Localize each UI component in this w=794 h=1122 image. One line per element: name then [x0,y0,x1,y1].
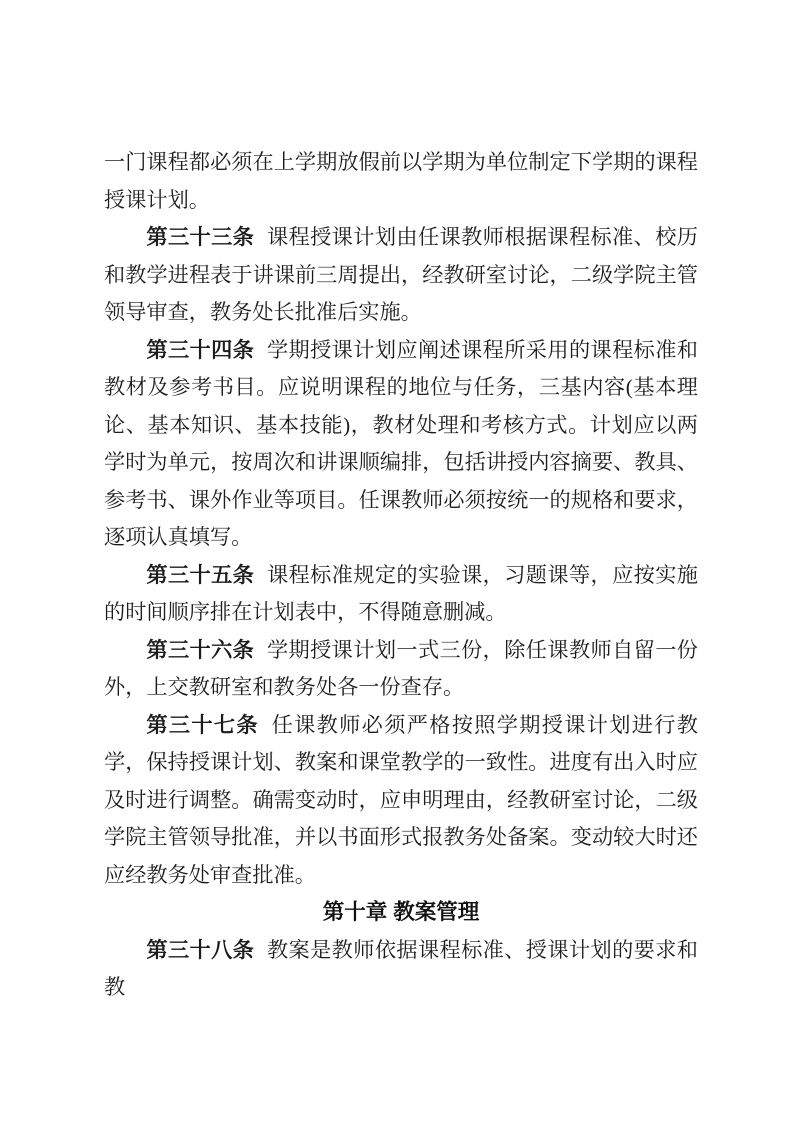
article-number: 第三十七条 [146,713,259,737]
paragraph-article-33: 第三十三条课程授课计划由任课教师根据课程标准、校历和教学进程表于讲课前三周提出，… [104,219,698,332]
paragraph-article-38: 第三十八条教案是教师依据课程标准、授课计划的要求和教 [104,932,698,1007]
article-number: 第三十五条 [146,563,254,587]
article-number: 第三十四条 [146,338,254,362]
document-page: 一门课程都必须在上学期放假前以学期为单位制定下学期的课程授课计划。 第三十三条课… [0,0,794,1122]
article-number: 第三十六条 [146,638,254,662]
paragraph-article-34: 第三十四条学期授课计划应阐述课程所采用的课程标准和教材及参考书目。应说明课程的地… [104,332,698,557]
paragraph-text: 学期授课计划应阐述课程所采用的课程标准和教材及参考书目。应说明课程的地位与任务，… [104,338,698,550]
article-number: 第三十八条 [146,938,254,962]
paragraph-continuation: 一门课程都必须在上学期放假前以学期为单位制定下学期的课程授课计划。 [104,144,698,219]
paragraph-article-35: 第三十五条课程标准规定的实验课，习题课等，应按实施的时间顺序排在计划表中，不得随… [104,557,698,632]
paragraph-article-37: 第三十七条任课教师必须严格按照学期授课计划进行教学，保持授课计划、教案和课堂教学… [104,707,698,895]
paragraph-article-36: 第三十六条学期授课计划一式三份，除任课教师自留一份外，上交教研室和教务处各一份查… [104,632,698,707]
paragraph-text: 任课教师必须严格按照学期授课计划进行教学，保持授课计划、教案和课堂教学的一致性。… [104,713,698,887]
chapter-heading: 第十章 教案管理 [104,894,698,932]
paragraph-text: 一门课程都必须在上学期放假前以学期为单位制定下学期的课程授课计划。 [104,150,698,212]
article-number: 第三十三条 [146,225,254,249]
